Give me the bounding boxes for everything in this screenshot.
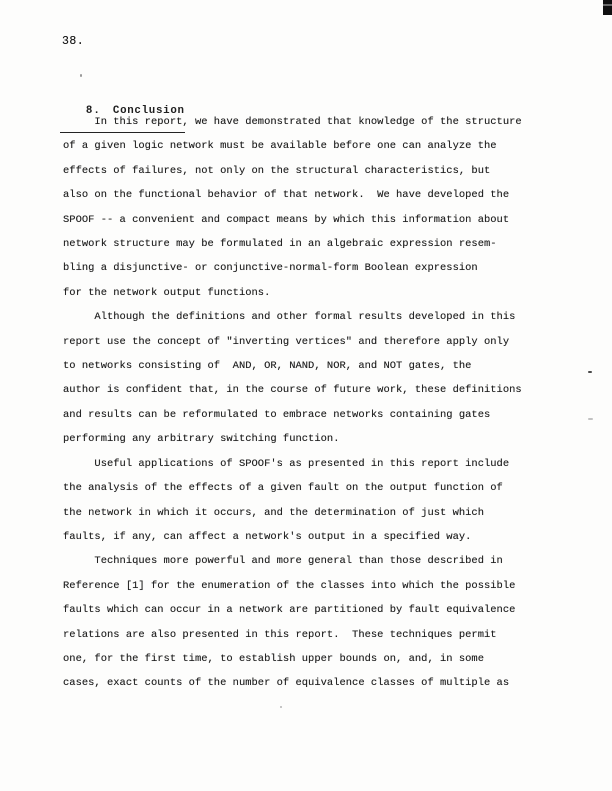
text-line: Reference [1] for the enumeration of the… [63, 574, 543, 598]
text-line: one, for the first time, to establish up… [63, 647, 543, 671]
text-line: In this report, we have demonstrated tha… [63, 110, 543, 134]
text-line: network structure may be formulated in a… [63, 232, 543, 256]
scan-speck [588, 371, 592, 373]
text-line: also on the functional behavior of that … [63, 183, 543, 207]
scan-speck [588, 418, 593, 420]
scanner-edge-mark-stripe [603, 4, 612, 6]
text-line: effects of failures, not only on the str… [63, 159, 543, 183]
text-line: SPOOF -- a convenient and compact means … [63, 208, 543, 232]
page-number: 38. [62, 35, 84, 48]
text-line: bling a disjunctive- or conjunctive-norm… [63, 256, 543, 280]
text-line: faults, if any, can affect a network's o… [63, 525, 543, 549]
text-line: faults which can occur in a network are … [63, 598, 543, 622]
text-line: for the network output functions. [63, 281, 543, 305]
text-line: Although the definitions and other forma… [63, 305, 543, 329]
text-line: Useful applications of SPOOF's as presen… [63, 452, 543, 476]
text-line: cases, exact counts of the number of equ… [63, 671, 543, 695]
text-line: report use the concept of "inverting ver… [63, 330, 543, 354]
text-line: author is confident that, in the course … [63, 378, 543, 402]
text-line: to networks consisting of AND, OR, NAND,… [63, 354, 543, 378]
text-line: relations are also presented in this rep… [63, 623, 543, 647]
scanned-report-page: 38. 8.Conclusion In this report, we have… [0, 0, 612, 791]
text-line: Techniques more powerful and more genera… [63, 549, 543, 573]
scan-speck [80, 74, 82, 77]
text-line: performing any arbitrary switching funct… [63, 427, 543, 451]
text-line: and results can be reformulated to embra… [63, 403, 543, 427]
text-line: the network in which it occurs, and the … [63, 501, 543, 525]
text-line: the analysis of the effects of a given f… [63, 476, 543, 500]
body-text: In this report, we have demonstrated tha… [63, 110, 543, 696]
scan-speck [280, 706, 282, 708]
text-line: of a given logic network must be availab… [63, 134, 543, 158]
scanner-edge-mark [603, 0, 612, 15]
